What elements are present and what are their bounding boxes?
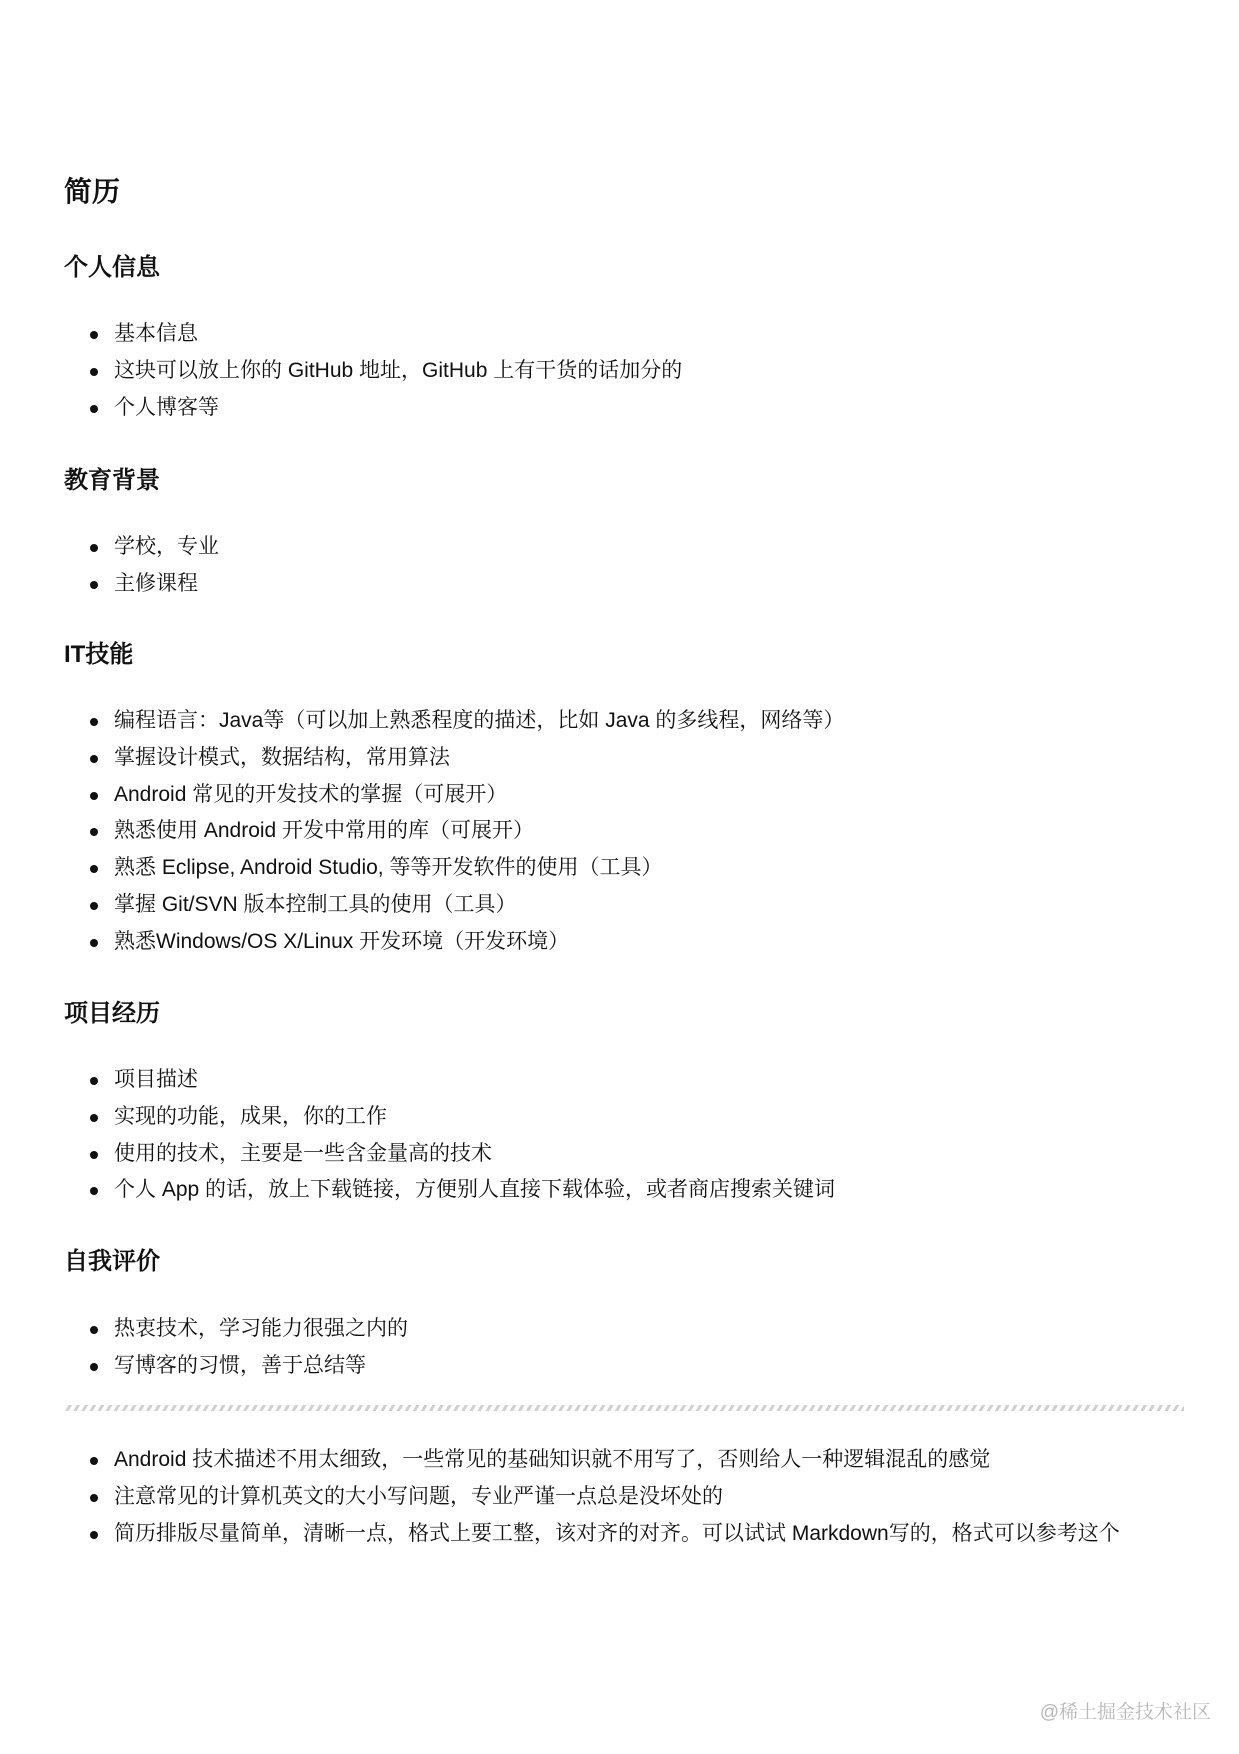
- document-title: 简历: [64, 172, 120, 212]
- watermark: @稀土掘金技术社区: [1040, 1697, 1211, 1724]
- list-item: 写博客的习惯，善于总结等: [64, 1348, 1184, 1385]
- list-item: 主修课程: [64, 566, 1184, 603]
- section-heading-education: 教育背景: [64, 464, 160, 498]
- projects-list: 项目描述 实现的功能，成果，你的工作 使用的技术，主要是一些含金量高的技术 个人…: [64, 1062, 1184, 1209]
- list-item: 编程语言：Java等（可以加上熟悉程度的描述，比如 Java 的多线程，网络等）: [64, 703, 1184, 740]
- list-item: 熟悉Windows/OS X/Linux 开发环境（开发环境）: [64, 924, 1184, 961]
- list-item: 实现的功能，成果，你的工作: [64, 1099, 1184, 1136]
- list-item: 个人博客等: [64, 390, 1184, 427]
- list-item: Android 技术描述不用太细致，一些常见的基础知识就不用写了，否则给人一种逻…: [64, 1442, 1184, 1479]
- list-item: 简历排版尽量简单，清晰一点，格式上要工整，该对齐的对齐。可以试试 Markdow…: [64, 1516, 1184, 1553]
- striped-divider: [64, 1405, 1184, 1411]
- personal-info-list: 基本信息 这块可以放上你的 GitHub 地址，GitHub 上有干货的话加分的…: [64, 316, 1184, 426]
- list-item: 掌握设计模式，数据结构，常用算法: [64, 740, 1184, 777]
- list-item: 熟悉 Eclipse, Android Studio, 等等开发软件的使用（工具…: [64, 850, 1184, 887]
- list-item: 这块可以放上你的 GitHub 地址，GitHub 上有干货的话加分的: [64, 353, 1184, 390]
- list-item: 熟悉使用 Android 开发中常用的库（可展开）: [64, 813, 1184, 850]
- self-evaluation-list: 热衷技术，学习能力很强之内的 写博客的习惯，善于总结等: [64, 1311, 1184, 1385]
- it-skills-list: 编程语言：Java等（可以加上熟悉程度的描述，比如 Java 的多线程，网络等）…: [64, 703, 1184, 961]
- notes-list: Android 技术描述不用太细致，一些常见的基础知识就不用写了，否则给人一种逻…: [64, 1442, 1184, 1552]
- list-item: Android 常见的开发技术的掌握（可展开）: [64, 777, 1184, 814]
- section-heading-self-evaluation: 自我评价: [64, 1245, 160, 1279]
- section-heading-personal-info: 个人信息: [64, 251, 160, 285]
- section-heading-projects: 项目经历: [64, 997, 160, 1031]
- list-item: 项目描述: [64, 1062, 1184, 1099]
- list-item: 使用的技术，主要是一些含金量高的技术: [64, 1136, 1184, 1173]
- section-heading-it-skills: IT技能: [64, 638, 133, 672]
- list-item: 注意常见的计算机英文的大小写问题，专业严谨一点总是没坏处的: [64, 1479, 1184, 1516]
- list-item: 掌握 Git/SVN 版本控制工具的使用（工具）: [64, 887, 1184, 924]
- list-item: 学校，专业: [64, 529, 1184, 566]
- education-list: 学校，专业 主修课程: [64, 529, 1184, 603]
- list-item: 热衷技术，学习能力很强之内的: [64, 1311, 1184, 1348]
- list-item: 基本信息: [64, 316, 1184, 353]
- list-item: 个人 App 的话，放上下载链接，方便别人直接下载体验，或者商店搜索关键词: [64, 1172, 1184, 1209]
